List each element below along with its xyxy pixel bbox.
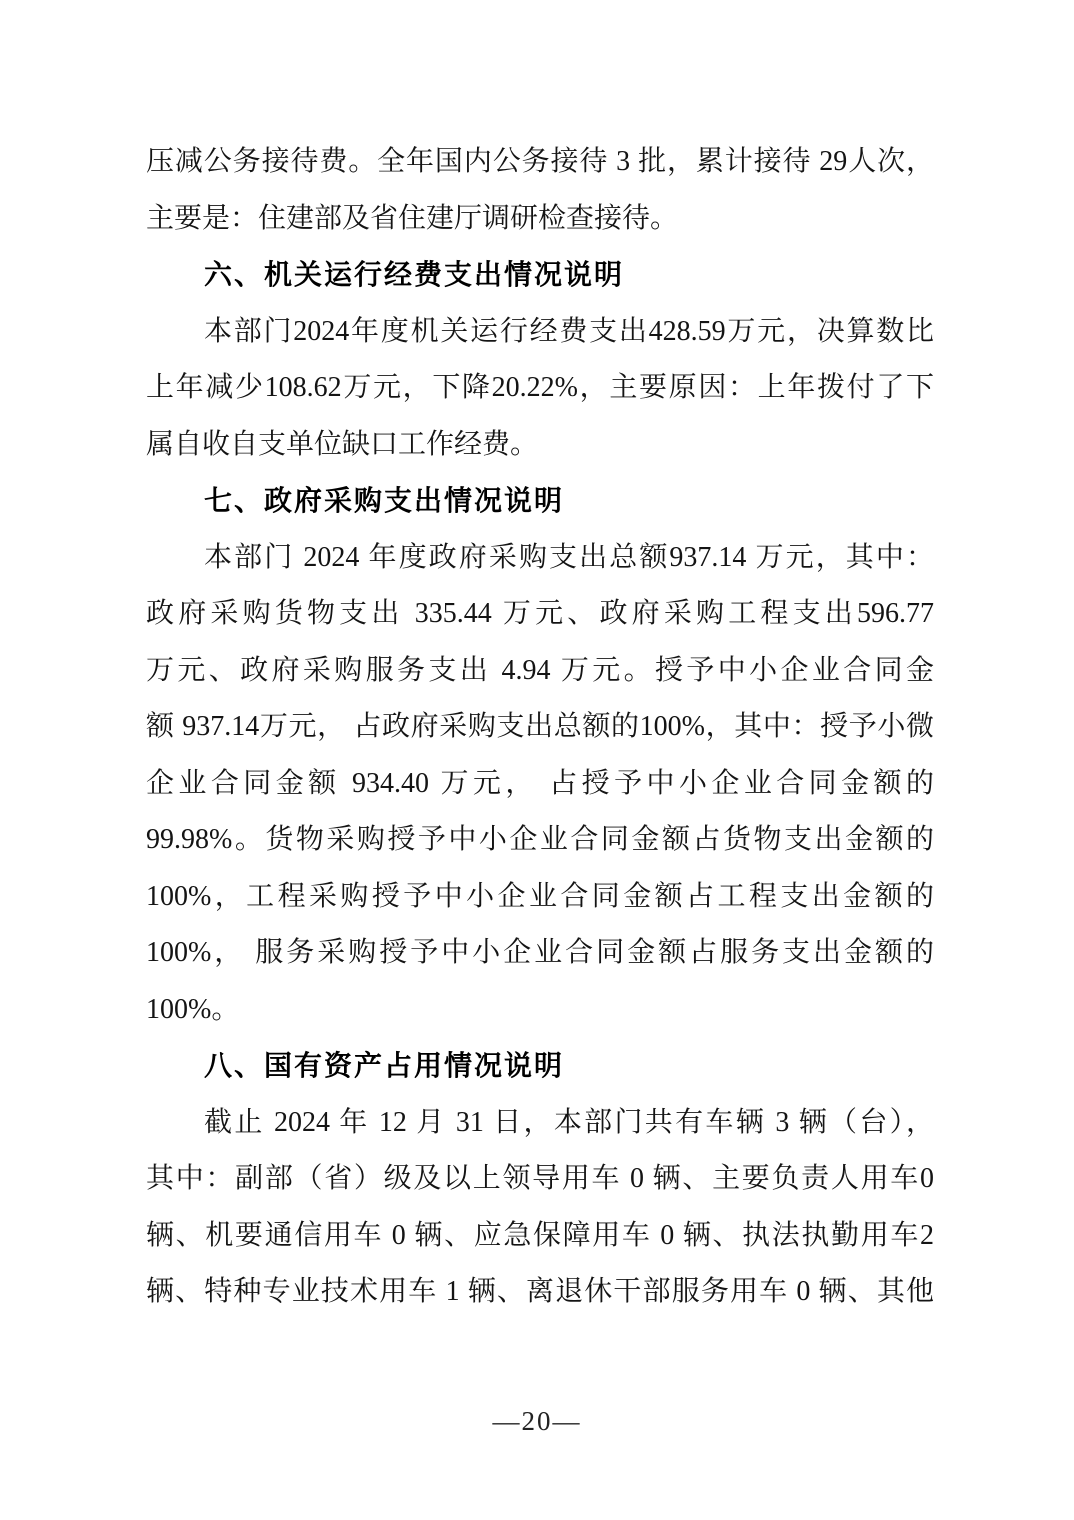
document-line: 截止 2024 年 12 月 31 日，本部门共有车辆 3 辆（台）， [146,1095,934,1152]
document-line: 辆、机要通信用车 0 辆、应急保障用车 0 辆、执法执勤用车2 [146,1208,934,1265]
document-line: 99.98%。货物采购授予中小企业合同金额占货物支出金额的 [146,812,934,869]
document-line: 万元、政府采购服务支出 4.94 万元。授予中小企业合同金 [146,643,934,700]
page-footer: —20— [0,1404,1074,1438]
section-heading: 六、机关运行经费支出情况说明 [146,247,934,304]
document-line: 100%。 [146,982,934,1039]
document-line: 辆、特种专业技术用车 1 辆、离退休干部服务用车 0 辆、其他 [146,1264,934,1321]
document-body: 压减公务接待费。全年国内公务接待 3 批，累计接待 29人次，主要是：住建部及省… [146,134,934,1321]
document-line: 本部门2024年度机关运行经费支出428.59万元，决算数比 [146,304,934,361]
document-line: 本部门 2024 年度政府采购支出总额937.14 万元，其中： [146,530,934,587]
document-line: 上年减少108.62万元，下降20.22%，主要原因：上年拨付了下 [146,360,934,417]
section-heading: 八、国有资产占用情况说明 [146,1038,934,1095]
section-heading: 七、政府采购支出情况说明 [146,473,934,530]
document-line: 100%，工程采购授予中小企业合同金额占工程支出金额的 [146,869,934,926]
document-line: 额 937.14万元， 占政府采购支出总额的100%，其中：授予小微 [146,699,934,756]
document-line: 企业合同金额 934.40 万元， 占授予中小企业合同金额的 [146,756,934,813]
document-line: 政府采购货物支出 335.44 万元、政府采购工程支出596.77 [146,586,934,643]
document-line: 压减公务接待费。全年国内公务接待 3 批，累计接待 29人次， [146,134,934,191]
document-line: 属自收自支单位缺口工作经费。 [146,417,934,474]
document-line: 其中：副部（省）级及以上领导用车 0 辆、主要负责人用车0 [146,1151,934,1208]
page-number: —20— [493,1406,582,1436]
document-line: 主要是：住建部及省住建厅调研检查接待。 [146,191,934,248]
document-page: 压减公务接待费。全年国内公务接待 3 批，累计接待 29人次，主要是：住建部及省… [0,0,1074,1520]
document-line: 100%， 服务采购授予中小企业合同金额占服务支出金额的 [146,925,934,982]
